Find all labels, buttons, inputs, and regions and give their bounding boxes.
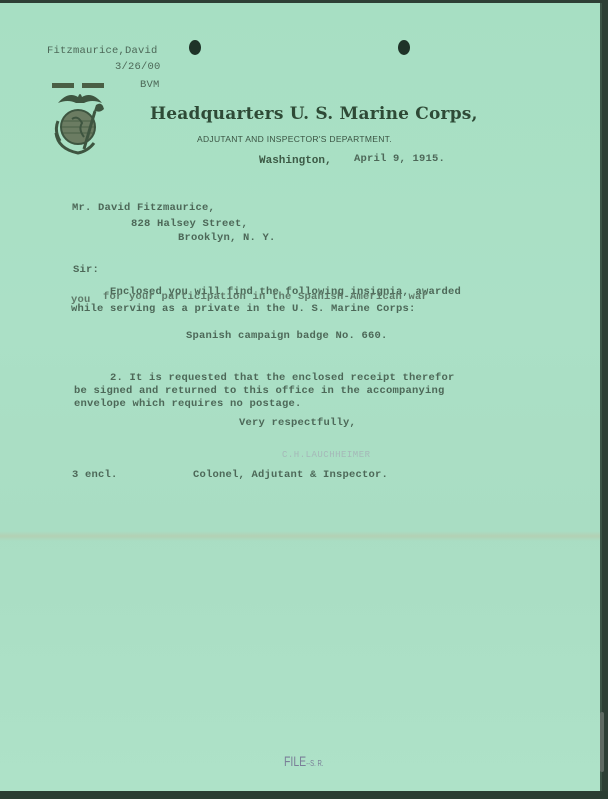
letterhead-department: ADJUTANT AND INSPECTOR'S DEPARTMENT. [197,134,392,144]
recipient-city: Brooklyn, N. Y. [178,232,276,244]
body-para2-line1: 2. It is requested that the enclosed rec… [110,372,455,384]
salutation: Sir: [73,264,99,276]
annotation-name: Fitzmaurice,David [47,45,158,57]
scan-bottom-edge [0,791,608,799]
punch-hole-right [398,40,410,55]
enclosures-note: 3 encl. [72,469,118,481]
eagle-globe-anchor-emblem-icon [48,81,112,157]
signature-stamp: C.H.LAUCHHEIMER [282,450,371,460]
file-stamp: FILE--S. R. [284,753,324,769]
letter-date: April 9, 1915. [354,153,445,165]
file-stamp-main: FILE [284,753,306,769]
body-para1-line3: while serving as a private in the U. S. … [71,303,416,315]
body-para2-line2: be signed and returned to this office in… [74,385,445,397]
closing: Very respectfully, [239,417,356,429]
annotation-code: BVM [140,79,160,91]
body-para1-overtype-line: for your participation in the Spanish-Am… [103,291,428,303]
recipient-name: Mr. David Fitzmaurice, [72,202,215,214]
punch-hole-left [189,40,201,55]
paper-fold-line [0,531,600,541]
badge-item: Spanish campaign badge No. 660. [186,330,388,342]
letterhead-title: Headquarters U. S. Marine Corps, [150,104,478,124]
signer-title: Colonel, Adjutant & Inspector. [193,469,388,481]
annotation-date: 3/26/00 [115,61,161,73]
scrollbar-thumb[interactable] [600,712,604,772]
file-stamp-suffix: --S. R. [306,759,323,768]
letterhead-location: Washington, [259,155,332,167]
letter-page: Fitzmaurice,David 3/26/00 BVM Headquarte… [0,3,602,791]
body-para2-line3: envelope which requires no postage. [74,398,302,410]
recipient-street: 828 Halsey Street, [131,218,248,230]
